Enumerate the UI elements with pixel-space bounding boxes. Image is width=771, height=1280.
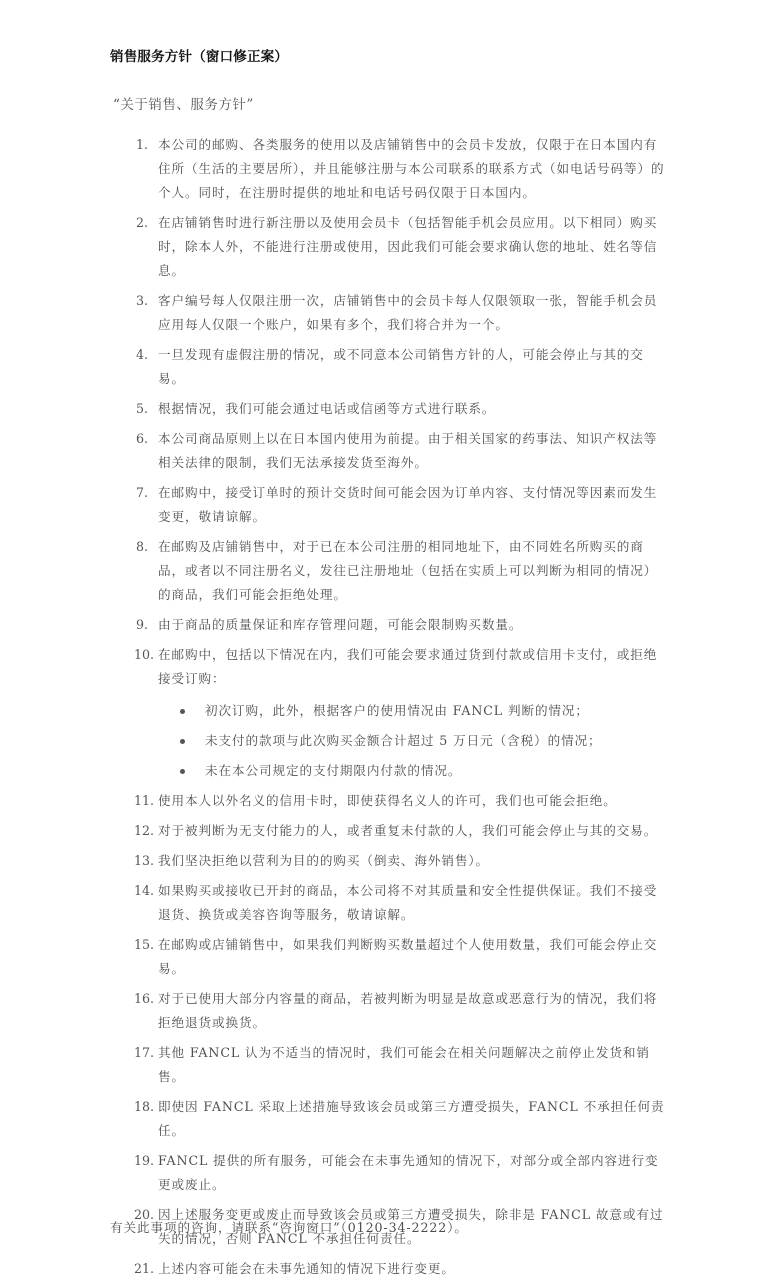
policy-item-16: 16. 对于已使用大部分内容量的商品，若被判断为明显是故意或恶意行为的情况，我们… <box>0 987 668 1035</box>
item-number: 4. <box>110 343 148 367</box>
item-number: 13. <box>100 849 154 873</box>
bullet-icon <box>180 739 185 744</box>
item-text: 根据情况，我们可能会通过电话或信函等方式进行联系。 <box>158 401 495 416</box>
sub-item-3: 未在本公司规定的支付期限内付款的情况。 <box>0 759 668 783</box>
item-number: 16. <box>100 987 154 1011</box>
policy-item-14: 14. 如果购买或接收已开封的商品，本公司将不对其质量和安全性提供保证。我们不接… <box>0 879 668 927</box>
sub-item-1: 初次订购，此外，根据客户的使用情况由 FANCL 判断的情况； <box>0 699 668 723</box>
document-title: 销售服务方针（窗口修正案） <box>110 45 288 65</box>
policy-item-7: 7. 在邮购中，接受订单时的预计交货时间可能会因为订单内容、支付情况等因素而发生… <box>0 481 668 529</box>
policy-item-8: 8. 在邮购及店铺销售中，对于已在本公司注册的相同地址下，由不同姓名所购买的商品… <box>0 535 668 607</box>
item-number: 11. <box>100 789 154 813</box>
item-number: 18. <box>100 1095 154 1119</box>
item-text: 其他 FANCL 认为不适当的情况时，我们可能会在相关问题解决之前停止发货和销售… <box>158 1045 650 1084</box>
policy-item-12: 12. 对于被判断为无支付能力的人，或者重复未付款的人，我们可能会停止与其的交易… <box>0 819 668 843</box>
item-text: 客户编号每人仅限注册一次，店铺销售中的会员卡每人仅限领取一张，智能手机会员应用每… <box>158 293 657 332</box>
item-number: 7. <box>110 481 148 505</box>
item-text: 对于被判断为无支付能力的人，或者重复未付款的人，我们可能会停止与其的交易。 <box>158 823 657 838</box>
item-text: 我们坚决拒绝以营利为目的的购买（倒卖、海外销售）。 <box>158 853 489 868</box>
policy-item-4: 4. 一旦发现有虚假注册的情况，或不同意本公司销售方针的人，可能会停止与其的交易… <box>0 343 668 391</box>
item-text: 在店铺销售时进行新注册以及使用会员卡（包括智能手机会员应用。以下相同）购买时，除… <box>158 215 657 278</box>
policy-item-19: 19. FANCL 提供的所有服务，可能会在未事先通知的情况下，对部分或全部内容… <box>0 1149 668 1197</box>
policy-item-18: 18. 即使因 FANCL 采取上述措施导致该会员或第三方遭受损失，FANCL … <box>0 1095 668 1143</box>
policy-item-2: 2. 在店铺销售时进行新注册以及使用会员卡（包括智能手机会员应用。以下相同）购买… <box>0 211 668 283</box>
policy-item-10: 10. 在邮购中，包括以下情况在内，我们可能会要求通过货到付款或信用卡支付，或拒… <box>0 643 668 783</box>
sub-item-2: 未支付的款项与此次购买金额合计超过 5 万日元（含税）的情况； <box>0 729 668 753</box>
item-number: 5. <box>110 397 148 421</box>
item-number: 3. <box>110 289 148 313</box>
item-text: 一旦发现有虚假注册的情况，或不同意本公司销售方针的人，可能会停止与其的交易。 <box>158 347 644 386</box>
item-number: 19. <box>100 1149 154 1173</box>
document-page: 销售服务方针（窗口修正案） “关于销售、服务方针” 1. 本公司的邮购、各类服务… <box>0 0 771 1280</box>
contact-footer: 有关此事项的咨询，请联系“咨询窗口”（0120-34-2222）。 <box>110 1216 468 1240</box>
sub-item-text: 未支付的款项与此次购买金额合计超过 5 万日元（含税）的情况； <box>205 733 602 748</box>
policy-item-1: 1. 本公司的邮购、各类服务的使用以及店铺销售中的会员卡发放，仅限于在日本国内有… <box>0 133 668 205</box>
item-number: 14. <box>100 879 154 903</box>
item-text: 由于商品的质量保证和库存管理问题，可能会限制购买数量。 <box>158 617 522 632</box>
policy-item-11: 11. 使用本人以外名义的信用卡时，即使获得名义人的许可，我们也可能会拒绝。 <box>0 789 668 813</box>
item-number: 17. <box>100 1041 154 1065</box>
policy-item-9: 9. 由于商品的质量保证和库存管理问题，可能会限制购买数量。 <box>0 613 668 637</box>
item-text: 使用本人以外名义的信用卡时，即使获得名义人的许可，我们也可能会拒绝。 <box>158 793 617 808</box>
document-subtitle: “关于销售、服务方针” <box>113 93 254 113</box>
policy-list: 1. 本公司的邮购、各类服务的使用以及店铺销售中的会员卡发放，仅限于在日本国内有… <box>0 133 771 1280</box>
item-text: 如果购买或接收已开封的商品，本公司将不对其质量和安全性提供保证。我们不接受退货、… <box>158 883 657 922</box>
item-text: 在邮购中，包括以下情况在内，我们可能会要求通过货到付款或信用卡支付，或拒绝接受订… <box>158 647 657 686</box>
item-number: 6. <box>110 427 148 451</box>
item-text: 本公司商品原则上以在日本国内使用为前提。由于相关国家的药事法、知识产权法等相关法… <box>158 431 657 470</box>
item-number: 1. <box>110 133 148 157</box>
item-text: FANCL 提供的所有服务，可能会在未事先通知的情况下，对部分或全部内容进行变更… <box>158 1153 658 1192</box>
sub-item-text: 未在本公司规定的支付期限内付款的情况。 <box>205 763 461 778</box>
item-number: 21. <box>100 1257 154 1280</box>
policy-item-3: 3. 客户编号每人仅限注册一次，店铺销售中的会员卡每人仅限领取一张，智能手机会员… <box>0 289 668 337</box>
bullet-icon <box>180 769 185 774</box>
policy-item-15: 15. 在邮购或店铺销售中，如果我们判断购买数量超过个人使用数量，我们可能会停止… <box>0 933 668 981</box>
item-number: 8. <box>110 535 148 559</box>
item-number: 10. <box>100 643 154 667</box>
item-text: 对于已使用大部分内容量的商品，若被判断为明显是故意或恶意行为的情况，我们将拒绝退… <box>158 991 657 1030</box>
item-text: 上述内容可能会在未事先通知的情况下进行变更。 <box>158 1261 455 1276</box>
policy-item-13: 13. 我们坚决拒绝以营利为目的的购买（倒卖、海外销售）。 <box>0 849 668 873</box>
bullet-icon <box>180 709 185 714</box>
item-text: 本公司的邮购、各类服务的使用以及店铺销售中的会员卡发放，仅限于在日本国内有住所（… <box>158 137 664 200</box>
sub-item-text: 初次订购，此外，根据客户的使用情况由 FANCL 判断的情况； <box>205 703 589 718</box>
policy-item-17: 17. 其他 FANCL 认为不适当的情况时，我们可能会在相关问题解决之前停止发… <box>0 1041 668 1089</box>
item-text: 在邮购及店铺销售中，对于已在本公司注册的相同地址下，由不同姓名所购买的商品，或者… <box>158 539 657 602</box>
item-number: 9. <box>110 613 148 637</box>
item-number: 12. <box>100 819 154 843</box>
item-text: 即使因 FANCL 采取上述措施导致该会员或第三方遭受损失，FANCL 不承担任… <box>158 1099 665 1138</box>
item-number: 2. <box>110 211 148 235</box>
policy-item-5: 5. 根据情况，我们可能会通过电话或信函等方式进行联系。 <box>0 397 668 421</box>
item-number: 15. <box>100 933 154 957</box>
item-text: 在邮购中，接受订单时的预计交货时间可能会因为订单内容、支付情况等因素而发生变更，… <box>158 485 657 524</box>
policy-item-6: 6. 本公司商品原则上以在日本国内使用为前提。由于相关国家的药事法、知识产权法等… <box>0 427 668 475</box>
item-text: 在邮购或店铺销售中，如果我们判断购买数量超过个人使用数量，我们可能会停止交易。 <box>158 937 657 976</box>
sub-list: 初次订购，此外，根据客户的使用情况由 FANCL 判断的情况； 未支付的款项与此… <box>158 699 668 783</box>
policy-item-21: 21. 上述内容可能会在未事先通知的情况下进行变更。 <box>0 1257 668 1280</box>
